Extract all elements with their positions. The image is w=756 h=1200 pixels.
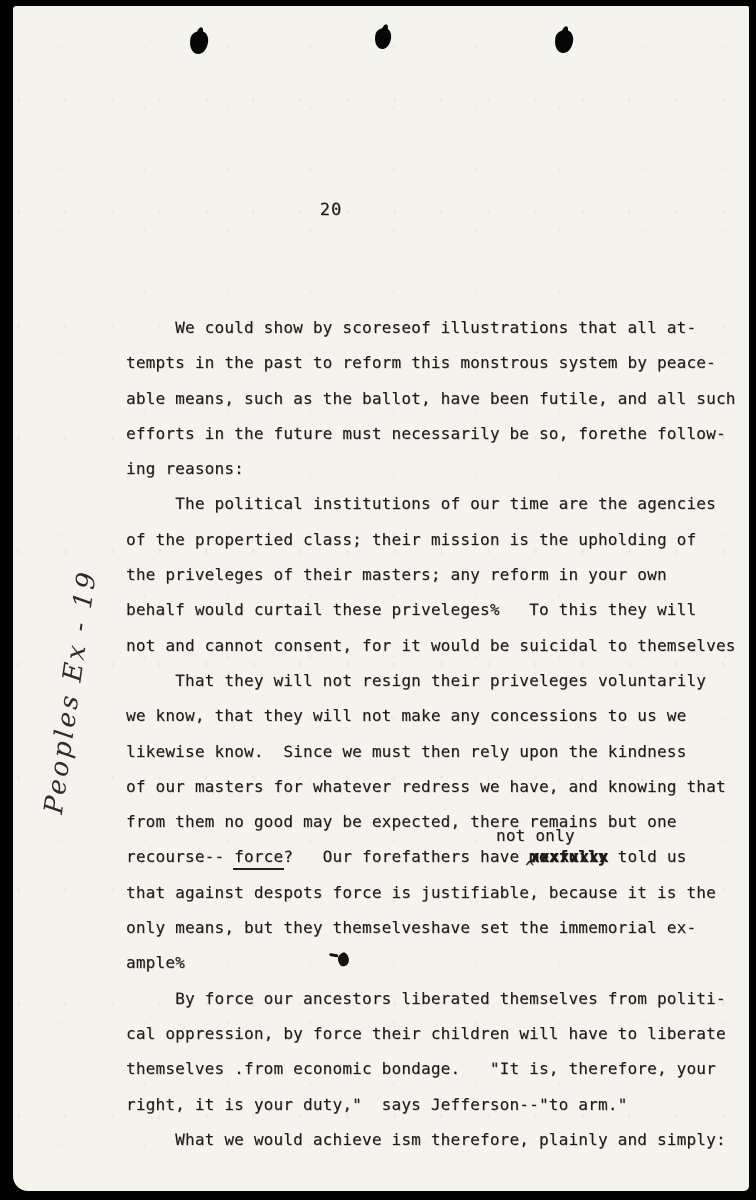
text-line: What we would achieve ism therefore, pla… (126, 1122, 742, 1157)
text-line: By force our ancestors liberated themsel… (126, 981, 742, 1016)
scanned-document: { "document": { "page_number": "20", "ma… (0, 0, 756, 1200)
text-block: We could show by scoreseof illustrations… (126, 310, 742, 1157)
text-line: themselves .from economic bondage. "It i… (126, 1051, 742, 1086)
handwritten-exhibit-note: Peoples Ex - 19 (35, 541, 110, 843)
paper-page: 20 Peoples Ex - 19 We could show by scor… (13, 6, 749, 1191)
text-line: We could show by scoreseof illustrations… (126, 310, 742, 345)
struck-out-word: mexfully (529, 839, 608, 874)
text-line: not onlyrecourse-- force? Our forefather… (126, 839, 742, 874)
text-line: that against despots force is justifiabl… (126, 875, 742, 910)
text-line: right, it is your duty," says Jefferson-… (126, 1087, 742, 1122)
text-line: efforts in the future must necessarily b… (126, 416, 742, 451)
text-line: tempts in the past to reform this monstr… (126, 345, 742, 380)
underlined-word-force: force (233, 847, 284, 870)
text-line: ample% (126, 945, 742, 980)
text-line: able means, such as the ballot, have bee… (126, 381, 742, 416)
text-line: cal oppression, by force their children … (126, 1016, 742, 1051)
text-line: likewise know. Since we must then rely u… (126, 734, 742, 769)
text-line: The political institutions of our time a… (126, 486, 742, 521)
page-number: 20 (301, 200, 361, 220)
text-line: of our masters for whatever redress we h… (126, 769, 742, 804)
text-line: the priveleges of their masters; any ref… (126, 557, 742, 592)
ink-hole-mark-right (554, 29, 574, 54)
text-line: behalf would curtail these priveleges% T… (126, 592, 742, 627)
text-line: from them no good may be expected, there… (126, 804, 742, 839)
text-line: ing reasons: (126, 451, 742, 486)
text-line: only means, but they themselveshave set … (126, 910, 742, 945)
text-line: of the propertied class; their mission i… (126, 522, 742, 557)
ink-hole-mark-left (189, 30, 209, 55)
text-line: That they will not resign their priveleg… (126, 663, 742, 698)
ink-hole-mark-center (374, 27, 392, 50)
text-line: we know, that they will not make any con… (126, 698, 742, 733)
text-line: not and cannot consent, for it would be … (126, 628, 742, 663)
